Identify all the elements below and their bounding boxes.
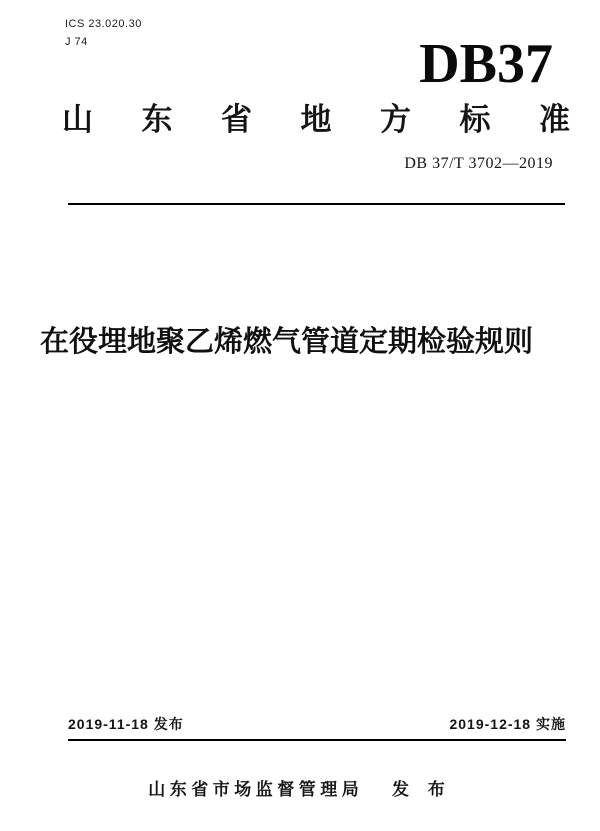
standard-type-char: 方 [380,103,411,137]
publish-label: 发 布 [392,780,452,799]
header-rule [68,203,565,205]
standard-type-row: 山东省地方标准 [62,103,570,137]
classification-code: J 74 [65,33,142,51]
standard-type-char: 地 [301,103,332,137]
issuing-authority: 山东省市场监督管理局 [148,780,363,799]
document-title: 在役埋地聚乙烯燃气管道定期检验规则 [40,319,530,360]
standard-number: DB 37/T 3702—2019 [404,155,553,173]
standard-type-char: 东 [142,103,173,137]
issue-date: 2019-11-18 发布 [68,714,184,734]
ics-code: ICS 23.020.30 [65,15,142,33]
standard-type-char: 准 [539,103,570,137]
standard-cover-page: ICS 23.020.30 J 74 DB37 山东省地方标准 DB 37/T … [0,0,600,831]
code-block: ICS 23.020.30 J 74 [65,15,142,51]
standard-type-char: 标 [460,103,491,137]
db-logo: DB37 [419,36,553,92]
dates-row: 2019-11-18 发布 2019-12-18 实施 [68,714,566,741]
standard-type-char: 省 [221,103,252,137]
footer-line: 山东省市场监督管理局 发 布 [0,775,600,800]
standard-type-char: 山 [62,103,93,137]
implementation-date: 2019-12-18 实施 [449,714,566,734]
